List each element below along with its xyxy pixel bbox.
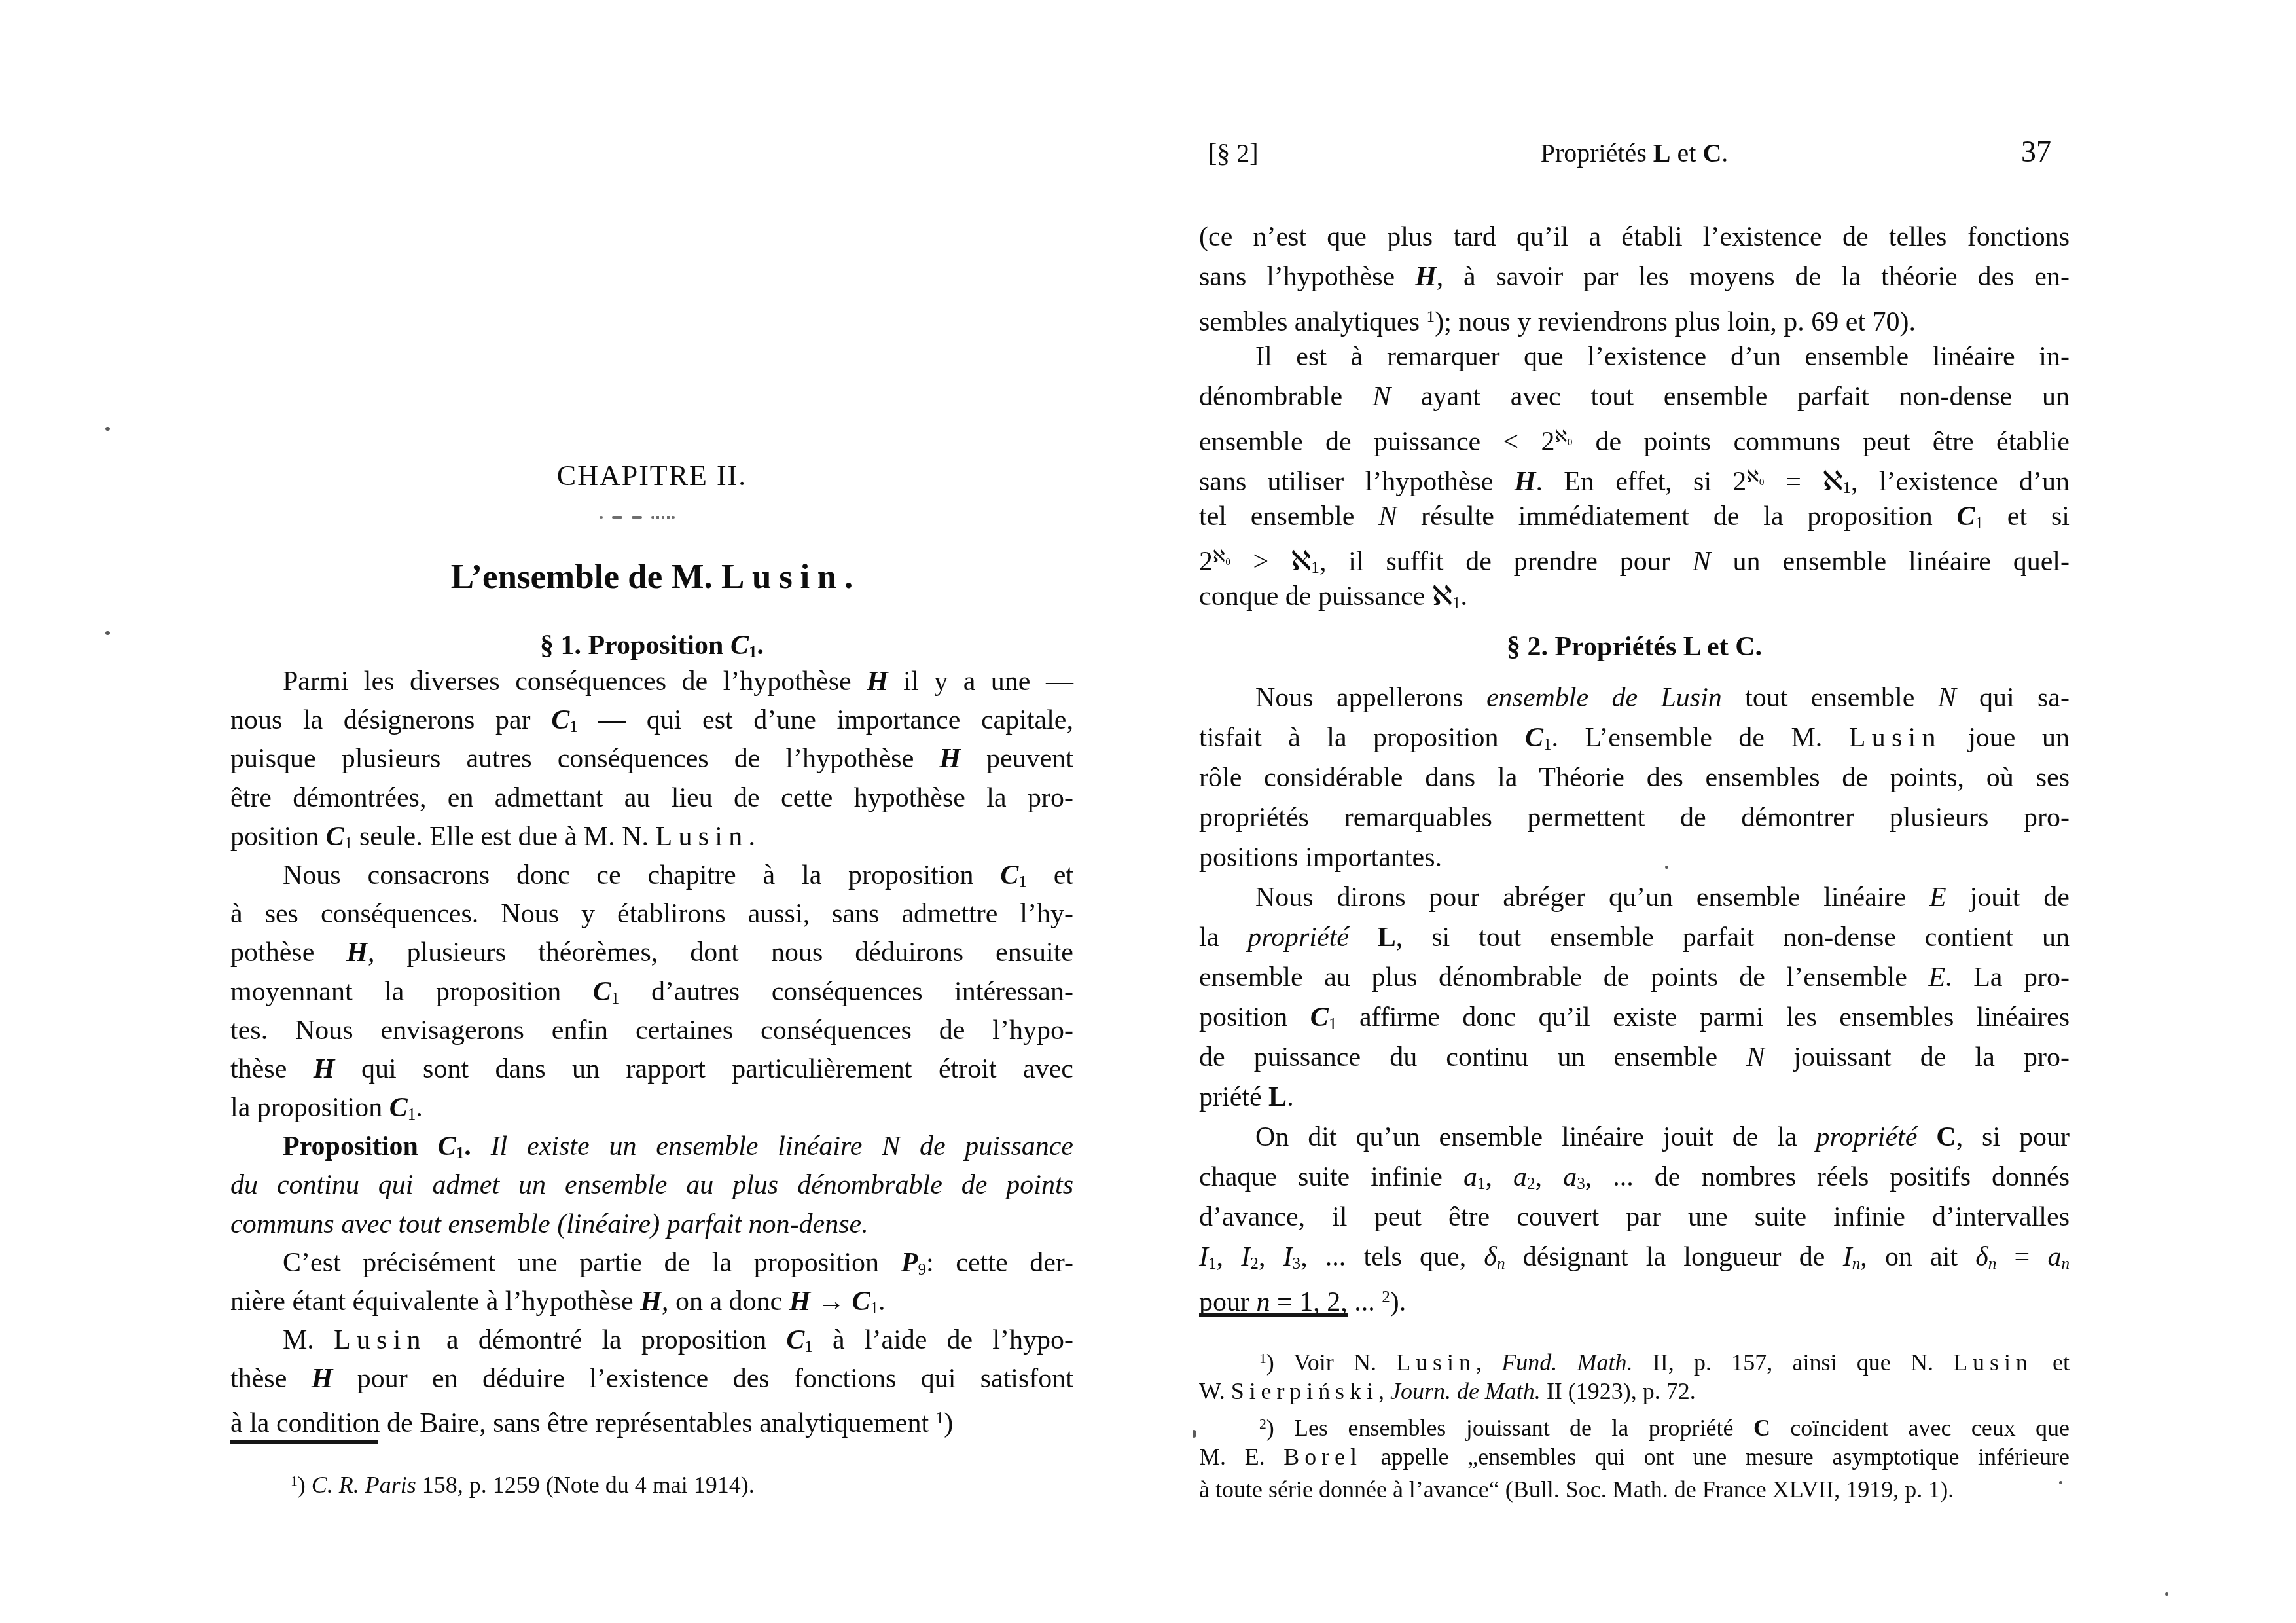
text-run: tisfait à la proposition (1199, 723, 1525, 753)
text-run: I (1241, 1242, 1250, 1272)
text-run: désignant la longueur de (1505, 1242, 1842, 1272)
text-run: ). (1390, 1287, 1407, 1317)
text-run: Lusin (1849, 723, 1942, 753)
text-run: du continu qui admet un ensemble au plus… (230, 1170, 1073, 1200)
page-number: 37 (2021, 135, 2051, 169)
text-line: moyennant la proposition C1 d’autres con… (230, 973, 1073, 1012)
text-run: . En effet, si 2 (1535, 467, 1746, 497)
text-run: , (1259, 1242, 1283, 1272)
text-run: II, p. 157, ainsi que N. (1632, 1349, 1953, 1376)
text-run: résulte immédiatement de la proposition (1397, 501, 1956, 532)
text-run: ℵ (1822, 467, 1842, 497)
text-run: C (852, 1286, 870, 1317)
text-run: . L’ensemble de M. (1552, 723, 1849, 753)
text-line: rôle considérable dans la Théorie des en… (1199, 758, 2070, 798)
text-run: peuvent (961, 744, 1073, 774)
text-line: dénombrable N ayant avec tout ensemble p… (1199, 377, 2070, 417)
text-run: coïncident avec ceux que (1770, 1415, 2070, 1441)
paragraph: C’est précisément une partie de la propo… (230, 1244, 1073, 1321)
text-run: E (1929, 883, 1946, 913)
text-run: C (551, 705, 569, 735)
text-run: = 1, 2, ... (1270, 1287, 1382, 1317)
text-run: et (1671, 138, 1703, 168)
text-run: appelle „ensembles qui ont une mesure as… (1362, 1444, 2070, 1470)
text-run: sembles analytiques (1199, 307, 1427, 337)
text-line: Il est à remarquer que l’existence d’un … (1199, 337, 2070, 377)
text-run: propriété (1816, 1122, 1937, 1152)
text-run: C (389, 1093, 408, 1123)
text-run: ensemble de puissance < 2 (1199, 427, 1555, 457)
paragraph: Nous appellerons ensemble de Lusin tout … (1199, 678, 2070, 878)
text-run: n (1497, 1255, 1505, 1273)
text-run: Lusin (334, 1325, 427, 1355)
text-line: Proposition C1. Il existe un ensemble li… (230, 1127, 1073, 1166)
text-run: 1 (1477, 1175, 1486, 1193)
text-run: H (314, 1054, 335, 1084)
text-run: ) Voir N. (1266, 1349, 1396, 1376)
paragraph: Proposition C1. Il existe un ensemble li… (230, 1127, 1073, 1244)
text-run: I (1199, 1242, 1208, 1272)
text-line: à toute série donnée à l’avance“ (Bull. … (1199, 1473, 2070, 1506)
text-run: 1 (611, 989, 620, 1007)
text-line: C’est précisément une partie de la propo… (230, 1244, 1073, 1283)
text-run: de puissance du continu un ensemble (1199, 1042, 1746, 1072)
text-run: M. E. (1199, 1444, 1283, 1470)
text-line: positions importantes. (1199, 838, 2070, 878)
text-run: 3 (1293, 1255, 1301, 1273)
text-run: la (1199, 922, 1247, 953)
text-run: ℵ (1291, 547, 1311, 577)
text-run: C (1000, 860, 1018, 890)
text-run: Lusin (1396, 1349, 1476, 1376)
paragraph: 1) C. R. Paris 158, p. 1259 (Note du 4 m… (230, 1465, 1073, 1497)
text-run: H (312, 1364, 333, 1394)
text-run: Lusin (721, 558, 844, 596)
text-run: rôle considérable dans la Théorie des en… (1199, 763, 2070, 793)
text-run: > (1231, 547, 1291, 577)
paragraph: M. Lusin a démontré la proposition C1 à … (230, 1321, 1073, 1438)
running-title: Propriétés L et C. (1199, 136, 2070, 170)
text-run: sans l’hypothèse (1199, 262, 1415, 292)
text-run: N (1693, 547, 1711, 577)
text-run: N (1938, 683, 1956, 713)
text-run: et (1027, 860, 1073, 890)
page-title: L’ensemble de M. Lusin. (230, 556, 1073, 597)
text-run: § 1. Proposition (540, 630, 730, 661)
text-run: E (1928, 962, 1945, 993)
text-run: ) (298, 1472, 312, 1498)
scan-speck (1193, 1430, 1196, 1438)
text-run: ) (944, 1408, 953, 1438)
text-run: = (1765, 467, 1822, 497)
scan-speck (105, 427, 110, 431)
text-run: ensemble au plus dénombrable de points d… (1199, 962, 1928, 993)
text-line: d’avance, il peut être couvert par une s… (1199, 1197, 2070, 1237)
text-run: a (2047, 1242, 2061, 1272)
text-run: et (1700, 632, 1736, 662)
text-line: à la condition de Baire, sans être repré… (230, 1399, 1073, 1438)
text-line: nière étant équivalente à l’hypothèse H,… (230, 1283, 1073, 1321)
text-run: C (1753, 1415, 1770, 1441)
text-line: puisque plusieurs autres conséquences de… (230, 740, 1073, 778)
text-line: Parmi les diverses conséquences de l’hyp… (230, 663, 1073, 701)
scan-speck (2059, 1481, 2062, 1484)
text-run: à l’aide de l’hypo- (813, 1325, 1073, 1355)
text-run: L’ensemble de M. (451, 558, 721, 596)
text-run: C’est précisément une partie de la propo… (283, 1248, 901, 1278)
text-run: H (1415, 262, 1437, 292)
text-line: 2ℵ₀ > ℵ1, il suffit de prendre pour N un… (1199, 537, 2070, 577)
text-run: C (1525, 723, 1543, 753)
text-line: tel ensemble N résulte immédiatement de … (1199, 497, 2070, 537)
text-run: P (901, 1248, 918, 1278)
text-run: propriété (1247, 922, 1378, 953)
text-run: 2 (1382, 1288, 1390, 1306)
text-line: du continu qui admet un ensemble au plus… (230, 1166, 1073, 1205)
text-run: n (1988, 1255, 1997, 1273)
text-run: N (1378, 501, 1397, 532)
text-line: 1) Voir N. Lusin, Fund. Math. II, p. 157… (1199, 1342, 2070, 1375)
text-line: Nous appellerons ensemble de Lusin tout … (1199, 678, 2070, 718)
paragraph: Nous consacrons donc ce chapitre à la pr… (230, 856, 1073, 1127)
text-run: tes. Nous envisagerons enfin certaines c… (230, 1015, 1073, 1046)
text-run: W. (1199, 1378, 1231, 1404)
text-run: ensemble de Lusin (1486, 683, 1722, 713)
text-run: . (757, 630, 764, 661)
text-run: , ... tels que, (1300, 1242, 1484, 1272)
text-run: n (1257, 1287, 1270, 1317)
text-run: . La pro- (1945, 962, 2070, 993)
right-column-body-lower: Nous appellerons ensemble de Lusin tout … (1199, 678, 2070, 1317)
text-run: . (1755, 632, 1763, 662)
paragraph: Il est à remarquer que l’existence d’un … (1199, 337, 2070, 617)
text-line: ensemble au plus dénombrable de points d… (1199, 958, 2070, 998)
running-header: [§ 2] Propriétés L et C. 37 (1199, 136, 2070, 170)
text-run: sans utiliser l’hypothèse (1199, 467, 1515, 497)
text-run: 1 (569, 718, 578, 736)
text-run: 1 (344, 834, 353, 852)
text-run: d’avance, il peut être couvert par une s… (1199, 1202, 2070, 1232)
text-run: L (1683, 632, 1700, 662)
text-run: ℵ₀ (1746, 468, 1765, 486)
text-run: C (326, 822, 344, 852)
text-run: un ensemble linéaire quel- (1711, 547, 2070, 577)
text-run: H (640, 1286, 662, 1317)
text-run: 3 (1577, 1175, 1585, 1193)
text-line: pothèse H, plusieurs théorèmes, dont nou… (230, 934, 1073, 972)
text-run: I (1843, 1242, 1852, 1272)
scan-speck (1665, 866, 1668, 869)
text-run: C (438, 1131, 456, 1161)
text-run: il y a une — (888, 666, 1073, 697)
text-run: ℵ₀ (1213, 548, 1231, 566)
text-line: propriétés remarquables permettent de dé… (1199, 798, 2070, 838)
text-line: 2) Les ensembles jouissant de la proprié… (1199, 1408, 2070, 1440)
text-run: C (1310, 1002, 1329, 1032)
text-run: On dit qu’un ensemble linéaire jouit de … (1255, 1122, 1816, 1152)
text-run: , on ait (1860, 1242, 1975, 1272)
text-run: ); nous y reviendrons plus loin, p. 69 e… (1435, 307, 1916, 337)
text-run: . (748, 822, 755, 852)
text-line: sans utiliser l’hypothèse H. En effet, s… (1199, 457, 2070, 497)
text-run: N (1372, 382, 1391, 412)
text-run: Nous consacrons donc ce chapitre à la pr… (283, 860, 1000, 890)
text-run: C (1936, 1122, 1956, 1152)
text-run: , plusieurs théorèmes, dont nous déduiro… (368, 938, 1073, 968)
text-run: 1 (1018, 873, 1027, 890)
text-run: ) Les ensembles jouissant de la propriét… (1266, 1415, 1753, 1441)
text-run: Proposition (283, 1131, 438, 1161)
text-run: 2 (1250, 1255, 1259, 1273)
text-run: à ses conséquences. Nous y établirons au… (230, 899, 1073, 929)
text-run: n (2061, 1255, 2070, 1273)
text-run: Nous appellerons (1255, 683, 1486, 713)
text-run: Lusin (656, 822, 749, 852)
right-footnotes: 1) Voir N. Lusin, Fund. Math. II, p. 157… (1199, 1342, 2070, 1506)
text-run: (ce n’est que plus tard qu’il a établi l… (1199, 222, 2070, 252)
text-run: Nous dirons pour abréger qu’un ensemble … (1255, 883, 1929, 913)
text-run: , à savoir par les moyens de la théorie … (1437, 262, 2070, 292)
text-run: 1 (1427, 308, 1435, 326)
text-line: pour n = 1, 2, ... 2). (1199, 1277, 2070, 1317)
text-run: 1 (408, 1106, 416, 1123)
text-line: ensemble de puissance < 2ℵ₀ de points co… (1199, 417, 2070, 457)
text-run: propriétés remarquables permettent de dé… (1199, 803, 2070, 833)
text-run: ayant avec tout ensemble parfait non-den… (1391, 382, 2070, 412)
text-run: d’autres conséquences intéressan- (619, 977, 1073, 1007)
text-run: Borel (1283, 1444, 1362, 1470)
text-run: 1 (1329, 1015, 1337, 1033)
text-line: nous la désignerons par C1 — qui est d’u… (230, 701, 1073, 740)
text-run: . (878, 1286, 886, 1317)
text-run: seule. Elle est due à M. N. (352, 822, 655, 852)
text-run: tel ensemble (1199, 501, 1378, 532)
text-run: ℵ (1432, 581, 1452, 611)
text-run: Lusin (1953, 1349, 2033, 1376)
footnote-rule-right (1199, 1313, 1348, 1317)
text-run: 9 (918, 1260, 926, 1278)
text-run: , si pour (1956, 1122, 2070, 1152)
text-run: δ (1975, 1242, 1988, 1272)
text-run: , (1378, 1378, 1390, 1404)
text-run: C (786, 1325, 804, 1355)
text-run: la proposition (230, 1093, 389, 1123)
text-run: : cette der- (926, 1248, 1073, 1278)
chapter-heading: CHAPITRE II. (230, 460, 1073, 492)
text-run: 1 (936, 1410, 944, 1427)
text-run: jouit de (1946, 883, 2070, 913)
text-run: C (1956, 501, 1975, 532)
text-run: de points communs peut être établie (1573, 427, 2070, 457)
text-line: conque de puissance ℵ1. (1199, 577, 2070, 617)
text-line: 1) C. R. Paris 158, p. 1259 (Note du 4 m… (230, 1465, 1073, 1497)
text-run: moyennant la proposition (230, 977, 593, 1007)
text-line: M. E. Borel appelle „ensembles qui ont u… (1199, 1440, 2070, 1473)
text-line: tisfait à la proposition C1. L’ensemble … (1199, 718, 2070, 758)
text-run: Fund. Math. (1501, 1349, 1632, 1376)
text-line: thèse H qui sont dans un rapport particu… (230, 1050, 1073, 1089)
paragraph: 2) Les ensembles jouissant de la proprié… (1199, 1408, 2070, 1506)
text-line: chaque suite infinie a1, a2, a3, ... de … (1199, 1158, 2070, 1197)
text-run: et si (1983, 501, 2070, 532)
text-run: 158, p. 1259 (Note du 4 mai 1914). (416, 1472, 755, 1498)
text-line: tes. Nous envisagerons enfin certaines c… (230, 1012, 1073, 1050)
text-run: jouissant de la pro- (1765, 1042, 2070, 1072)
text-run: , on a donc (662, 1286, 789, 1317)
section-2-heading: § 2. Propriétés L et C. (1199, 630, 2070, 664)
left-column-body: Parmi les diverses conséquences de l’hyp… (230, 663, 1073, 1438)
paragraph: Parmi les diverses conséquences de l’hyp… (230, 663, 1073, 856)
text-run: nière étant équivalente à l’hypothèse (230, 1286, 640, 1317)
text-run: ℵ₀ (1555, 428, 1573, 446)
text-line: être démontrées, en admettant au lieu de… (230, 779, 1073, 818)
text-run: I (1283, 1242, 1293, 1272)
text-run: 1 (1452, 594, 1461, 612)
paragraph: 1) Voir N. Lusin, Fund. Math. II, p. 157… (1199, 1342, 2070, 1408)
text-run: — qui est d’une importance capitale, (578, 705, 1073, 735)
text-line: de puissance du continu un ensemble N jo… (1199, 1038, 2070, 1078)
text-run: C. R. Paris (312, 1472, 416, 1498)
text-run: , il suffit de prendre pour (1319, 547, 1693, 577)
scanned-book-spread: CHAPITRE II. L’ensemble de M. Lusin. § 1… (0, 0, 2296, 1623)
text-run: pothèse (230, 938, 346, 968)
text-run: H (939, 744, 961, 774)
text-run: conque de puissance (1199, 581, 1432, 611)
text-run: H (346, 938, 368, 968)
text-run: Il existe un ensemble linéaire N de puis… (491, 1131, 1073, 1161)
text-run: § 2. Propriétés (1507, 632, 1683, 662)
text-run: L (1378, 922, 1396, 953)
ornament-rule (600, 515, 704, 520)
text-run: qui sont dans un rapport particulièremen… (334, 1054, 1073, 1084)
text-run: thèse (230, 1054, 314, 1084)
text-run: et (2033, 1349, 2070, 1376)
text-line: sembles analytiques 1); nous y reviendro… (1199, 297, 2070, 337)
text-run: 2 (1527, 1175, 1535, 1193)
text-run: C (730, 630, 749, 661)
text-run: δ (1484, 1242, 1497, 1272)
text-run: pour (1199, 1287, 1257, 1317)
text-run: tout ensemble (1722, 683, 1938, 713)
text-run: , ... de nombres réels positifs donnés (1585, 1162, 2070, 1192)
text-line: thèse H pour en déduire l’existence des … (230, 1360, 1073, 1398)
text-run: qui sa- (1956, 683, 2070, 713)
text-run: nous la désignerons par (230, 705, 551, 735)
text-run: , (1476, 1349, 1501, 1376)
text-run: joue un (1942, 723, 2070, 753)
text-run: , (1486, 1162, 1514, 1192)
paragraph: On dit qu’un ensemble linéaire jouit de … (1199, 1118, 2070, 1317)
text-run: a (1463, 1162, 1477, 1192)
text-run: chaque suite infinie (1199, 1162, 1463, 1192)
text-run: 1 (456, 1144, 465, 1162)
text-run: position (1199, 1002, 1310, 1032)
text-run: , l’existence d’un (1851, 467, 2070, 497)
text-run: M. (283, 1325, 334, 1355)
text-run: 1 (870, 1300, 878, 1317)
text-run: II (1923), p. 72. (1541, 1378, 1696, 1404)
scan-speck (105, 631, 110, 635)
text-run: être démontrées, en admettant au lieu de… (230, 783, 1073, 813)
paragraph: (ce n’est que plus tard qu’il a établi l… (1199, 217, 2070, 337)
text-line: M. Lusin a démontré la proposition C1 à … (230, 1321, 1073, 1360)
text-run: pour en déduire l’existence des fonction… (332, 1364, 1073, 1394)
text-run: = (1996, 1242, 2047, 1272)
text-run: . (464, 1131, 490, 1161)
left-footnotes: 1) C. R. Paris 158, p. 1259 (Note du 4 m… (230, 1465, 1073, 1497)
text-run: 1 (804, 1338, 813, 1356)
text-run: à la condition de Baire, sans être repré… (230, 1408, 936, 1438)
text-run: . (844, 558, 853, 596)
text-run: Journ. de Math. (1390, 1378, 1541, 1404)
text-run: H (1515, 467, 1536, 497)
text-run: affirme donc qu’il existe parmi les ense… (1336, 1002, 2070, 1032)
text-line: Nous dirons pour abréger qu’un ensemble … (1199, 878, 2070, 918)
text-run: . (1721, 138, 1728, 168)
text-run: a démontré la proposition (427, 1325, 787, 1355)
text-run: L (1268, 1082, 1287, 1112)
footnote-rule-left (230, 1440, 378, 1444)
text-run: a (1563, 1162, 1577, 1192)
text-line: la propriété L, si tout ensemble parfait… (1199, 918, 2070, 958)
text-run: thèse (230, 1364, 312, 1394)
text-line: On dit qu’un ensemble linéaire jouit de … (1199, 1118, 2070, 1158)
text-run: puisque plusieurs autres conséquences de… (230, 744, 939, 774)
text-run: position (230, 822, 326, 852)
text-line: priété L. (1199, 1078, 2070, 1118)
text-run: 1 (1975, 515, 1983, 532)
text-run: N (1746, 1042, 1765, 1072)
text-run: 2 (1259, 1416, 1266, 1432)
text-run: H (867, 666, 888, 697)
text-line: à ses conséquences. Nous y établirons au… (230, 895, 1073, 934)
text-run: positions importantes. (1199, 843, 1442, 873)
text-run: 1 (1259, 1351, 1266, 1366)
text-line: la proposition C1. (230, 1089, 1073, 1127)
text-run: C (593, 977, 611, 1007)
text-run: 1 (1208, 1255, 1217, 1273)
text-line: sans l’hypothèse H, à savoir par les moy… (1199, 257, 2070, 297)
text-run: Il est à remarquer que l’existence d’un … (1255, 342, 2070, 372)
text-line: position C1 affirme donc qu’il existe pa… (1199, 998, 2070, 1038)
text-run: dénombrable (1199, 382, 1372, 412)
text-run: 1 (1842, 479, 1851, 497)
text-run: Sierpiński (1231, 1378, 1378, 1404)
text-run: , (1535, 1162, 1564, 1192)
text-run: 1 (749, 644, 757, 661)
text-run: L (1653, 138, 1671, 168)
text-line: communs avec tout ensemble (linéaire) pa… (230, 1205, 1073, 1244)
text-run: C (1735, 632, 1755, 662)
text-run: 1 (1543, 736, 1552, 754)
text-run: , si tout ensemble parfait non-dense con… (1396, 922, 2070, 953)
text-line: (ce n’est que plus tard qu’il a établi l… (1199, 217, 2070, 257)
text-run: Propriétés (1541, 138, 1653, 168)
text-line: Nous consacrons donc ce chapitre à la pr… (230, 856, 1073, 895)
scan-speck (2165, 1592, 2168, 1596)
text-run: H (789, 1286, 811, 1317)
text-run: priété (1199, 1082, 1268, 1112)
right-column-body-upper: (ce n’est que plus tard qu’il a établi l… (1199, 217, 2070, 617)
text-run: a (1513, 1162, 1527, 1192)
text-line: W. Sierpiński, Journ. de Math. II (1923)… (1199, 1375, 2070, 1408)
text-line: position C1 seule. Elle est due à M. N. … (230, 818, 1073, 856)
text-run: à toute série donnée à l’avance“ (Bull. … (1199, 1476, 1954, 1503)
text-run: communs avec tout ensemble (linéaire) pa… (230, 1209, 869, 1239)
text-run: C (1702, 138, 1721, 168)
text-run: . (1287, 1082, 1294, 1112)
text-run: → (810, 1286, 852, 1317)
